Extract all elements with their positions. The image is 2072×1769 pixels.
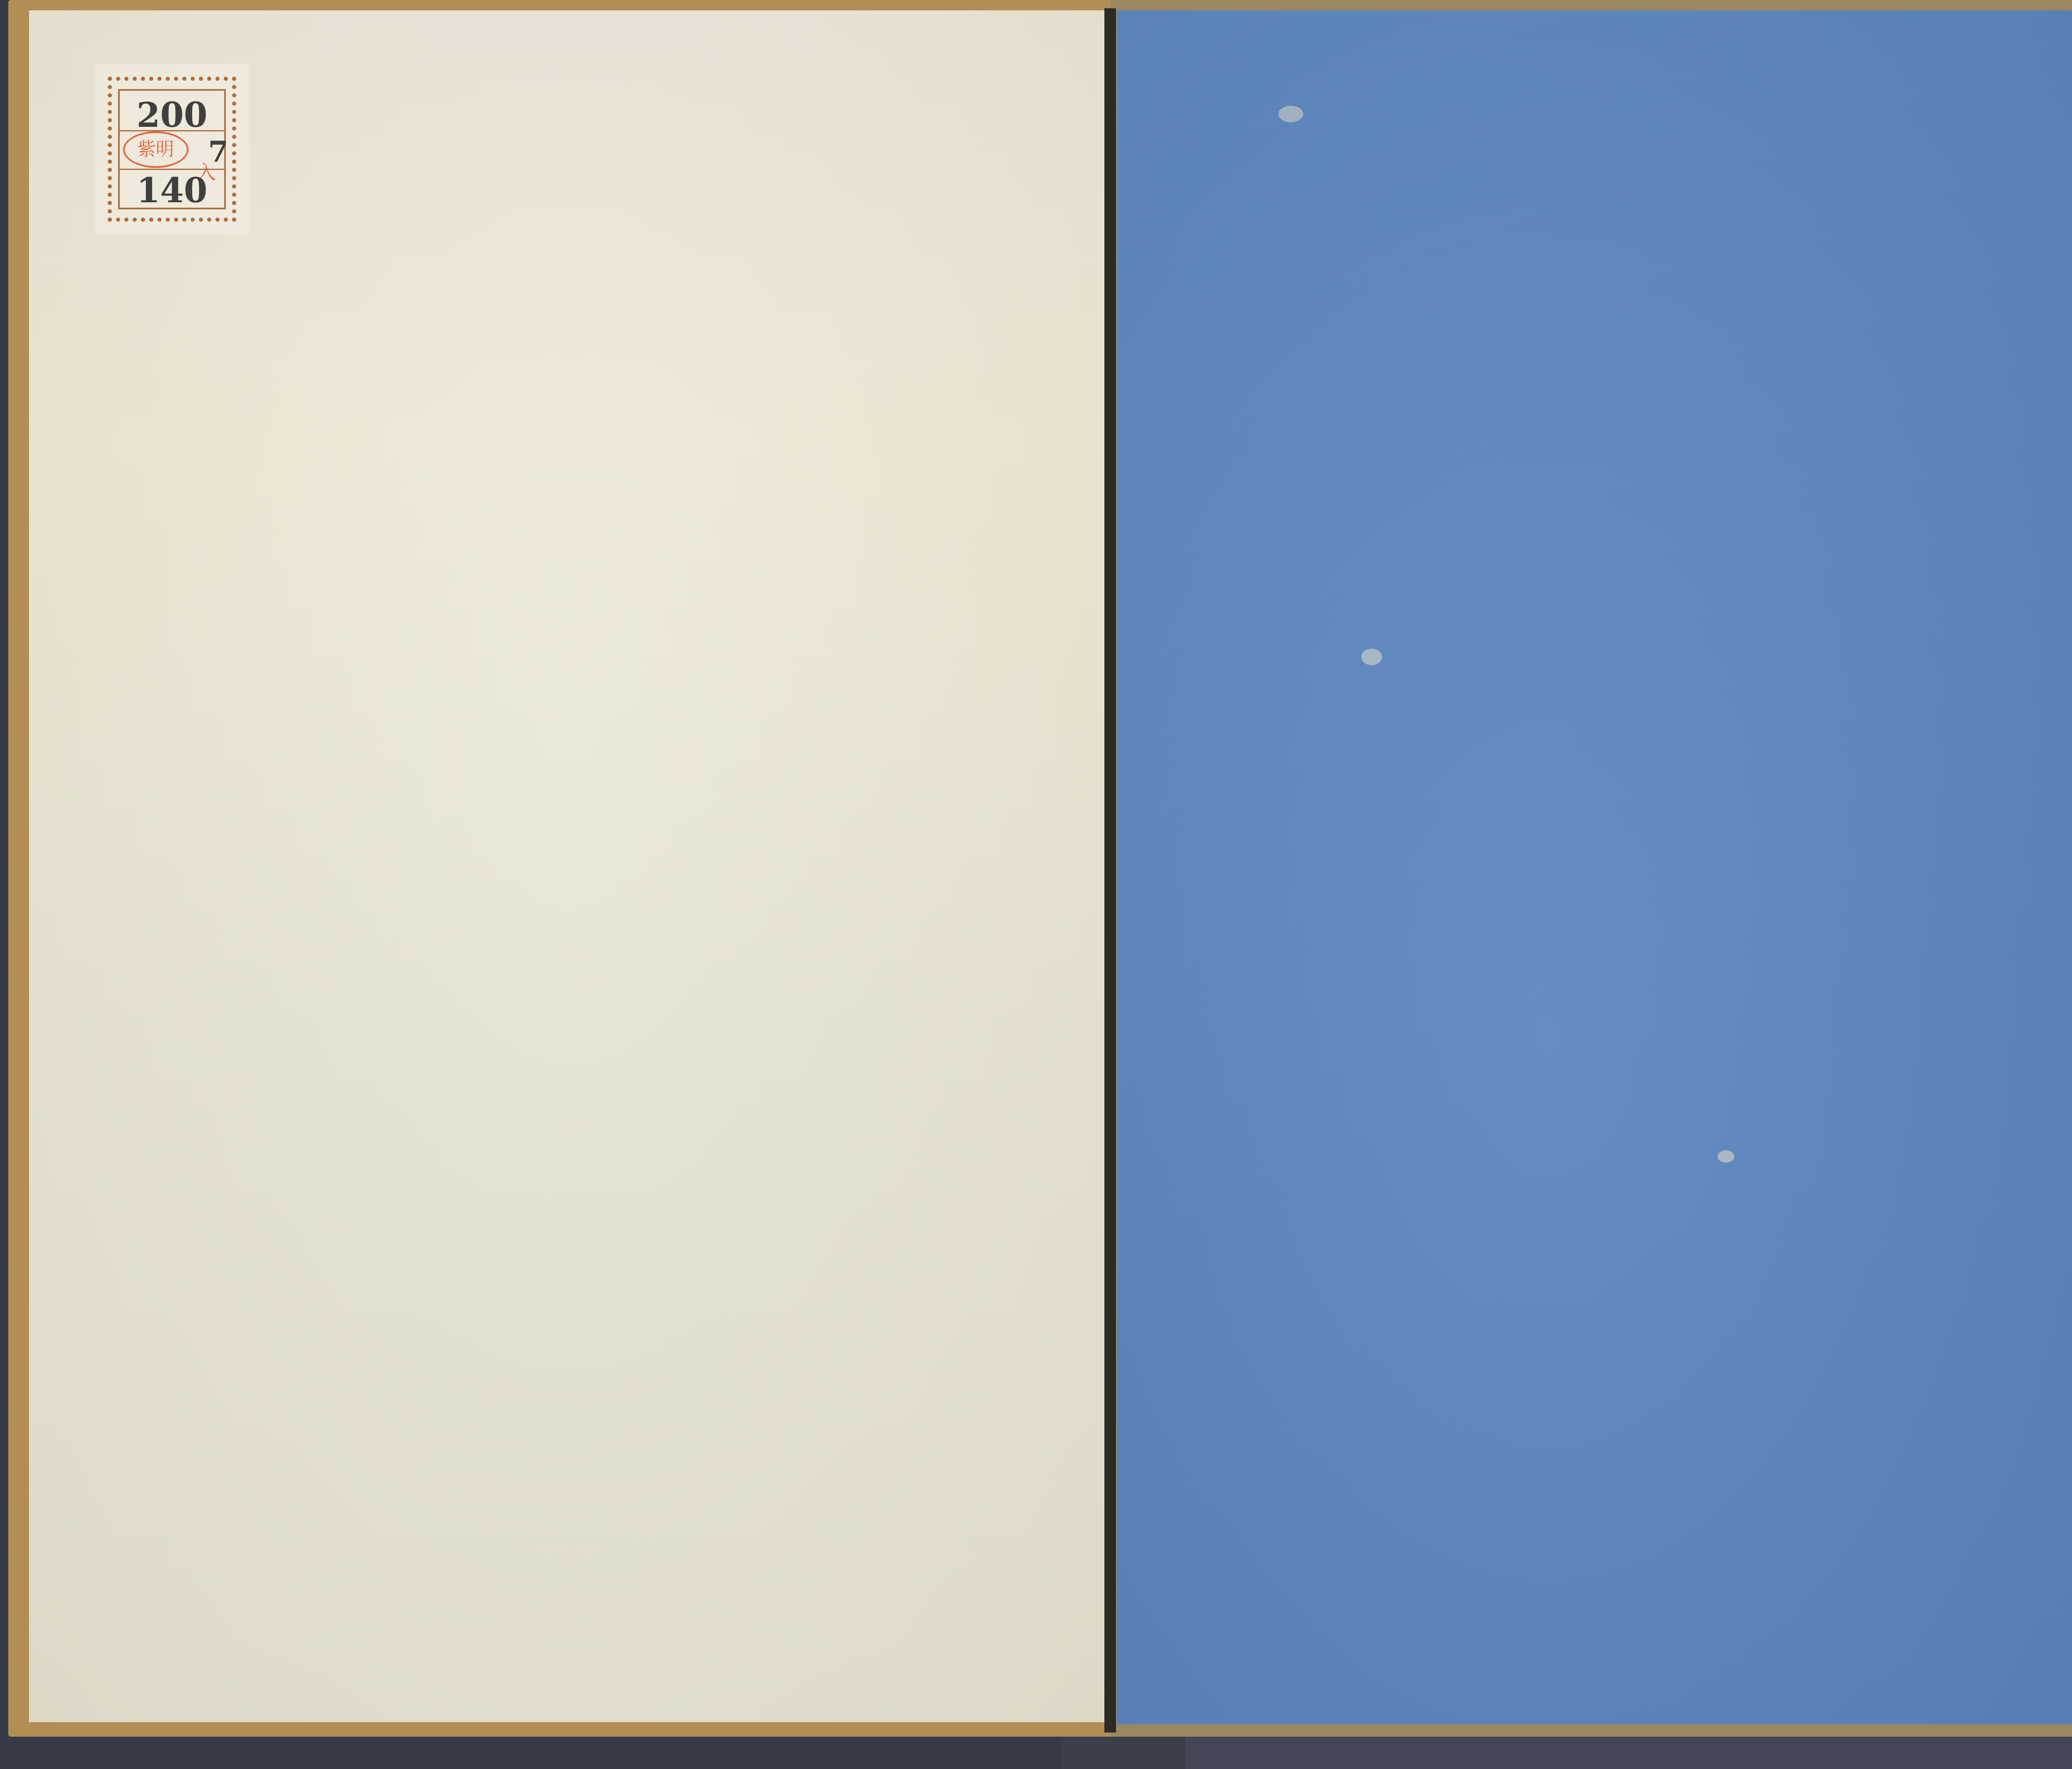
label-seal: 紫明 bbox=[123, 131, 189, 168]
label-bottom-number: 140 bbox=[120, 174, 224, 208]
right-blue-cover-page bbox=[1117, 10, 2072, 1724]
left-endpaper: 200 紫明 7 入 140 bbox=[29, 10, 1111, 1722]
label-ornamental-border bbox=[108, 77, 236, 222]
paper-wear-spot bbox=[1361, 649, 1382, 665]
label-top-number: 200 bbox=[120, 98, 224, 132]
shelf-label: 200 紫明 7 入 140 bbox=[95, 64, 249, 234]
book-gutter bbox=[1104, 8, 1116, 1733]
label-middle-mark: 7 bbox=[208, 134, 228, 169]
label-divider-top bbox=[120, 130, 224, 131]
label-inner-frame: 200 紫明 7 入 140 bbox=[118, 89, 226, 209]
paper-wear-spot bbox=[1718, 1150, 1734, 1163]
label-divider-bottom bbox=[120, 169, 224, 170]
paper-wear-spot bbox=[1278, 106, 1303, 122]
label-red-mark: 入 bbox=[197, 157, 216, 184]
